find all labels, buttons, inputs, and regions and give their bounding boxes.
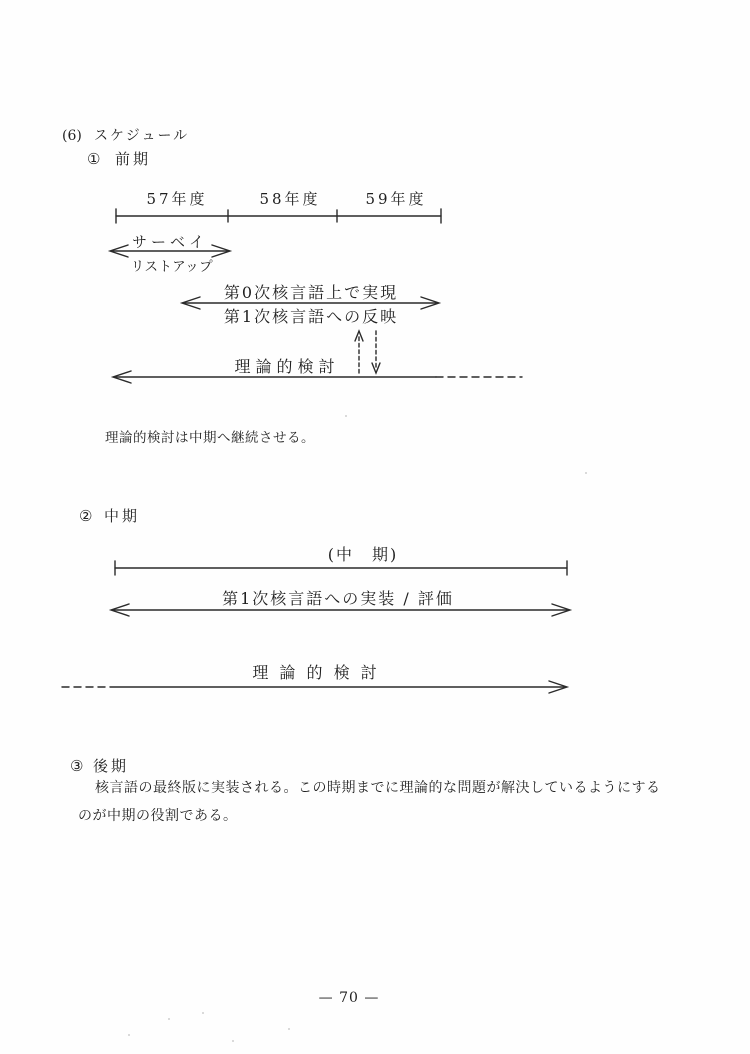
late-phase-title: 後期 (93, 757, 129, 776)
feedback-down-arrow (372, 331, 380, 373)
scan-speck (585, 472, 587, 474)
late-phase-body-line2: のが中期の役割である。 (78, 808, 238, 826)
late-phase-body-line1: 核言語の最終版に実装される。この時期までに理論的な問題が解決しているようにする (95, 780, 661, 798)
mid-phase-span-label: (中 期) (328, 545, 399, 565)
scan-speck (288, 1028, 290, 1030)
schedule-diagram-artwork (0, 0, 750, 1054)
scan-speck (345, 415, 347, 417)
scan-speck (202, 1012, 204, 1014)
kernel0-label: 第0次核言語上で実現 (224, 283, 398, 303)
implementation-label: 第1次核言語への実装 / 評価 (222, 589, 454, 609)
feedback-up-arrow (355, 331, 363, 373)
section-number: (6) (62, 128, 82, 146)
section-title: スケジュール (94, 128, 189, 146)
survey-label: サーベイ (132, 233, 208, 252)
scan-speck (232, 1040, 234, 1042)
year-label-58: 58年度 (259, 190, 320, 209)
early-phase-timeline-axis (116, 209, 441, 223)
late-phase-marker: ③ (70, 757, 83, 776)
year-label-57: 57年度 (146, 190, 207, 209)
mid-phase-marker: ② (79, 507, 92, 526)
page-number: — 70 — (319, 990, 380, 1008)
mid-phase-title: 中期 (104, 507, 140, 526)
kernel1-label: 第1次核言語への反映 (224, 307, 398, 327)
year-label-59: 59年度 (365, 190, 426, 209)
scanned-document-page: (6) スケジュール ① 前期 57年度 58年度 59年度 サーベイ リストア… (0, 0, 750, 1054)
mid-theory-label: 理 論 的 検 討 (252, 663, 379, 683)
scan-speck (168, 1018, 170, 1020)
early-phase-note: 理論的検討は中期へ継続させる。 (105, 430, 315, 447)
early-theory-label: 理論的検討 (234, 357, 339, 377)
early-phase-marker: ① (87, 150, 100, 169)
listup-label: リストアップ (131, 259, 213, 276)
early-phase-title: 前期 (115, 150, 151, 169)
scan-speck (128, 1034, 130, 1036)
